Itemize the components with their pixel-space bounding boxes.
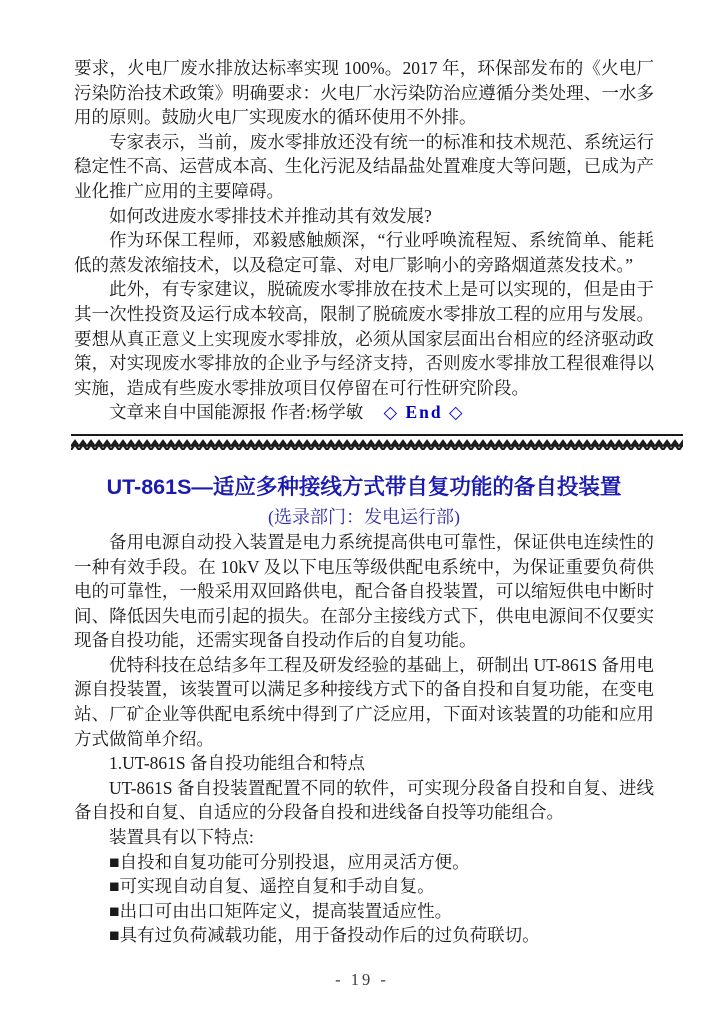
- paragraph: 此外，有专家建议，脱硫废水零排放在技术上是可以实现的，但是由于其一次性投资及运行…: [74, 277, 654, 400]
- source-text: 文章来自中国能源报 作者:杨学敏: [109, 402, 363, 422]
- page-number: - 19 -: [335, 970, 389, 989]
- paragraph: 如何改进废水零排技术并推动其有效发展?: [74, 204, 654, 229]
- feature-text: 可实现自动自复、遥控自复和手动自复。: [120, 876, 435, 896]
- section-divider: [71, 434, 683, 450]
- paragraph: 专家表示，当前，废水零排放还没有统一的标准和技术规范、系统运行稳定性不高、运营成…: [74, 130, 654, 204]
- article-wastewater: 要求，火电厂废水排放达标率实现 100%。2017 年，环保部发布的《火电厂污染…: [74, 56, 654, 425]
- feature-text: 自投和自复功能可分别投退，应用灵活方便。: [120, 852, 470, 872]
- feature-item: ■可实现自动自复、遥控自复和手动自复。: [74, 874, 654, 899]
- zigzag-ornament-icon: [71, 439, 683, 450]
- feature-item: ■具有过负荷减载功能，用于备投动作后的过负荷联切。: [74, 923, 654, 948]
- bullet-icon: ■: [109, 852, 120, 872]
- paragraph: 作为环保工程师，邓毅感触颇深，“行业呼唤流程短、系统简单、能耗低的蒸发浓缩技术，…: [74, 228, 654, 277]
- end-marker: ◇ End ◇: [384, 402, 465, 422]
- document-page: 要求，火电厂废水排放达标率实现 100%。2017 年，环保部发布的《火电厂污染…: [0, 0, 724, 1024]
- feature-item: ■出口可由出口矩阵定义，提高装置适应性。: [74, 899, 654, 924]
- paragraph: 优特科技在总结多年工程及研发经验的基础上，研制出 UT-861S 备用电源自投装…: [74, 653, 654, 751]
- page-footer: - 19 -: [0, 970, 724, 990]
- features-intro: 装置具有以下特点:: [74, 825, 654, 850]
- bullet-icon: ■: [109, 901, 120, 921]
- paragraph: 备用电源自动投入装置是电力系统提高供电可靠性，保证供电连续性的一种有效手段。在 …: [74, 530, 654, 653]
- bullet-icon: ■: [109, 876, 120, 896]
- article-subtitle: (选录部门：发电运行部): [74, 505, 654, 530]
- feature-item: ■自投和自复功能可分别投退，应用灵活方便。: [74, 850, 654, 875]
- feature-text: 具有过负荷减载功能，用于备投动作后的过负荷联切。: [120, 925, 540, 945]
- section-heading: 1.UT-861S 备自投功能组合和特点: [74, 751, 654, 776]
- page-content: 要求，火电厂废水排放达标率实现 100%。2017 年，环保部发布的《火电厂污染…: [74, 56, 654, 948]
- feature-text: 出口可由出口矩阵定义，提高装置适应性。: [120, 901, 453, 921]
- paragraph: 要求，火电厂废水排放达标率实现 100%。2017 年，环保部发布的《火电厂污染…: [74, 56, 654, 130]
- bullet-icon: ■: [109, 925, 120, 945]
- article-ut861s: UT-861S—适应多种接线方式带自复功能的备自投装置 (选录部门：发电运行部)…: [74, 472, 654, 948]
- paragraph: UT-861S 备自投装置配置不同的软件，可实现分段备自投和自复、进线备自投和自…: [74, 776, 654, 825]
- divider-rule-line: [71, 434, 683, 436]
- source-line: 文章来自中国能源报 作者:杨学敏 ◇ End ◇: [74, 400, 654, 425]
- article-title: UT-861S—适应多种接线方式带自复功能的备自投装置: [74, 472, 654, 502]
